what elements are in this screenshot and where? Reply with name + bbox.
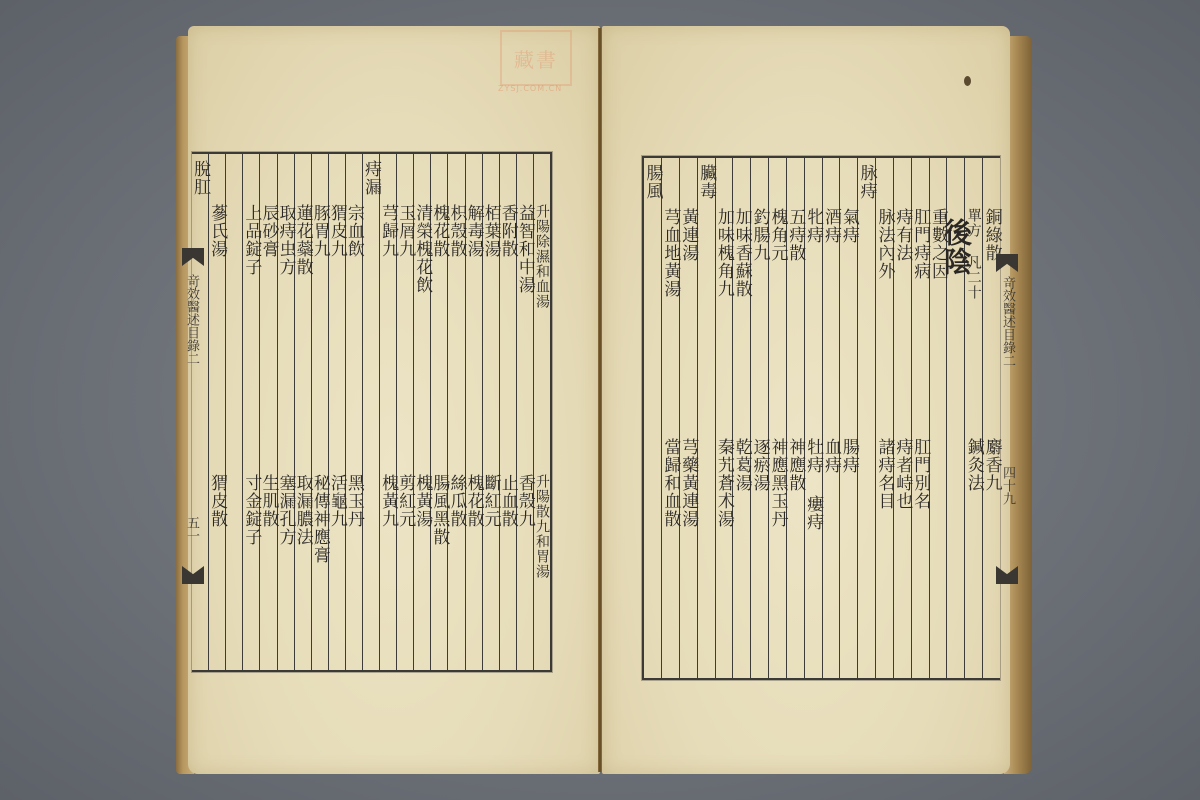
table-of-contents-entry: 猬皮散 <box>207 474 227 528</box>
table-of-contents-entry: 乾葛湯 <box>732 438 752 492</box>
text-column: 枳殼散絲瓜散 <box>447 154 464 670</box>
text-column: 脫肛 <box>192 154 208 670</box>
text-column: 豚胃九秘傳神應膏 <box>311 154 328 670</box>
text-column: 氣痔腸痔 <box>839 158 857 678</box>
right-page-text-frame: 銅綠散麝香九單方 凡二十鍼灸法後陰重數之因肛門痔病肛門別名痔有法痔者峙也脉法內外… <box>642 156 1000 680</box>
table-of-contents-entry: 蔘氏湯 <box>207 204 227 258</box>
left-page: 升陽除濕和血湯升陽散九和胃湯益智和中湯香殼九香附散止血散栢葉湯斷紅元解毒湯槐花散… <box>188 26 600 774</box>
text-column: 栢葉湯斷紅元 <box>482 154 499 670</box>
watermark-seal-stamp: 藏書 <box>500 30 572 86</box>
table-of-contents-entry: 氣痔 <box>839 208 859 244</box>
text-column: 玉屑九剪紅元 <box>396 154 413 670</box>
table-of-contents-entry: 玉屑九 <box>395 204 415 258</box>
table-of-contents-entry: 脫肛 <box>190 160 210 196</box>
table-of-contents-entry: 加味槐角九 <box>714 208 734 298</box>
table-of-contents-entry: 升陽散九和胃湯 <box>534 474 550 579</box>
table-of-contents-entry: 酒痔 <box>821 208 841 244</box>
table-of-contents-entry: 腸風 <box>643 164 663 200</box>
text-column: 脉痔 <box>857 158 875 678</box>
text-column: 脉法內外諸痔名目 <box>875 158 893 678</box>
table-of-contents-entry: 生肌散 <box>258 474 278 528</box>
table-of-contents-entry: 腸痔 <box>839 438 859 474</box>
text-column: 加味槐角九秦艽蒼术湯 <box>715 158 733 678</box>
text-column: 痔漏 <box>362 154 379 670</box>
table-of-contents-entry: 血痔 <box>821 438 841 474</box>
table-of-contents-entry: 枳殼散 <box>446 204 466 258</box>
table-of-contents-entry: 痔漏 <box>361 160 381 196</box>
text-column: 香附散止血散 <box>499 154 516 670</box>
text-column: 猬皮九活龜九 <box>328 154 345 670</box>
text-column: 蓮花蘂散取漏膿法 <box>294 154 311 670</box>
table-of-contents-entry: 牡痔 瘻痔 <box>803 438 823 531</box>
text-column <box>225 154 242 670</box>
table-of-contents-entry: 芎血地黃湯 <box>660 208 680 298</box>
table-of-contents-entry: 槐角元 <box>767 208 787 262</box>
table-of-contents-entry: 絲瓜散 <box>446 474 466 528</box>
table-of-contents-entry: 辰砂膏 <box>258 204 278 258</box>
text-column: 加味香蘇散乾葛湯 <box>732 158 750 678</box>
right-page: 銅綠散麝香九單方 凡二十鍼灸法後陰重數之因肛門痔病肛門別名痔有法痔者峙也脉法內外… <box>602 26 1010 774</box>
table-of-contents-entry: 塞漏孔方 <box>276 474 296 546</box>
text-column: 酒痔血痔 <box>822 158 840 678</box>
text-column: 辰砂膏生肌散 <box>259 154 276 670</box>
text-column: 蔘氏湯猬皮散 <box>208 154 225 670</box>
text-column: 肛門痔病肛門別名 <box>911 158 929 678</box>
left-margin-title: 竒效醫述目錄二 <box>182 274 201 365</box>
text-column: 五痔散神應散 <box>786 158 804 678</box>
text-column: 釣腸九逐瘀湯 <box>750 158 768 678</box>
table-of-contents-entry: 重數之因 <box>928 208 948 280</box>
table-of-contents-entry: 槐黃湯 <box>412 474 432 528</box>
right-page-number: 四十九 <box>998 466 1017 505</box>
table-of-contents-entry: 槐黃九 <box>378 474 398 528</box>
left-page-text-frame: 升陽除濕和血湯升陽散九和胃湯益智和中湯香殼九香附散止血散栢葉湯斷紅元解毒湯槐花散… <box>192 152 552 672</box>
table-of-contents-entry: 五痔散 <box>785 208 805 262</box>
text-column: 槐花散腸風黑散 <box>430 154 447 670</box>
table-of-contents-entry: 牝痔 <box>803 208 823 244</box>
text-column: 益智和中湯香殼九 <box>516 154 533 670</box>
table-of-contents-entry: 槐花散 <box>464 474 484 528</box>
table-of-contents-entry: 釣腸九 <box>750 208 770 262</box>
text-column: 臟毒 <box>697 158 715 678</box>
table-of-contents-entry: 脉痔 <box>857 164 877 200</box>
table-of-contents-entry: 肛門痔病 <box>910 208 930 280</box>
table-of-contents-entry: 芎藥黃連湯 <box>678 438 698 528</box>
table-of-contents-entry: 逐瘀湯 <box>750 438 770 492</box>
text-column: 黃連湯芎藥黃連湯 <box>679 158 697 678</box>
table-of-contents-entry: 神應散 <box>785 438 805 492</box>
text-column: 上品錠子寸金錠子 <box>242 154 259 670</box>
text-column: 銅綠散麝香九 <box>982 158 1000 678</box>
table-of-contents-entry: 槐花散 <box>429 204 449 258</box>
text-column: 重數之因 <box>929 158 947 678</box>
text-column: 痔有法痔者峙也 <box>893 158 911 678</box>
table-of-contents-entry: 當歸和血散 <box>660 438 680 528</box>
text-column: 取痔虫方塞漏孔方 <box>277 154 294 670</box>
text-column: 芎歸九槐黃九 <box>379 154 396 670</box>
text-column: 宗血飲黑玉丹 <box>345 154 362 670</box>
table-of-contents-entry: 脉法內外 <box>875 208 895 280</box>
open-book: 升陽除濕和血湯升陽散九和胃湯益智和中湯香殼九香附散止血散栢葉湯斷紅元解毒湯槐花散… <box>0 0 1200 800</box>
table-of-contents-entry: 神應黑玉丹 <box>767 438 787 528</box>
table-of-contents-entry: 臟毒 <box>696 164 716 200</box>
text-column: 後陰 <box>946 158 964 678</box>
fish-tail-ornament-icon <box>996 254 1018 272</box>
right-margin-title: 竒效醫述目錄二 <box>998 276 1017 367</box>
table-of-contents-entry: 肛門別名 <box>910 438 930 510</box>
table-of-contents-entry: 加味香蘇散 <box>732 208 752 298</box>
text-column: 解毒湯槐花散 <box>465 154 482 670</box>
table-of-contents-entry: 鍼灸法 <box>964 438 984 492</box>
table-of-contents-entry: 諸痔名目 <box>875 438 895 510</box>
table-of-contents-entry: 芎歸九 <box>378 204 398 258</box>
table-of-contents-entry: 寸金錠子 <box>241 474 261 546</box>
table-of-contents-entry: 上品錠子 <box>241 204 261 276</box>
text-column: 清榮槐花飲槐黃湯 <box>413 154 430 670</box>
table-of-contents-entry: 銅綠散 <box>982 208 1002 262</box>
text-column: 牝痔牡痔 瘻痔 <box>804 158 822 678</box>
text-column: 槐角元神應黑玉丹 <box>768 158 786 678</box>
table-of-contents-entry: 解毒湯 <box>464 204 484 258</box>
table-of-contents-entry: 秦艽蒼术湯 <box>714 438 734 528</box>
table-of-contents-entry: 痔者峙也 <box>892 438 912 510</box>
watermark-seal-caption: ZYSJ.COM.CN <box>498 84 562 93</box>
table-of-contents-entry: 黃連湯 <box>678 208 698 262</box>
text-column: 腸風 <box>644 158 661 678</box>
table-of-contents-entry: 升陽除濕和血湯 <box>534 204 550 309</box>
ink-blot-mark <box>964 76 971 86</box>
table-of-contents-entry: 取痔虫方 <box>276 204 296 276</box>
table-of-contents-entry: 清榮槐花飲 <box>412 204 432 294</box>
text-column: 芎血地黃湯當歸和血散 <box>661 158 679 678</box>
fish-tail-ornament-icon <box>996 566 1018 584</box>
right-page-columns: 銅綠散麝香九單方 凡二十鍼灸法後陰重數之因肛門痔病肛門別名痔有法痔者峙也脉法內外… <box>644 158 1000 678</box>
table-of-contents-entry: 痔有法 <box>892 208 912 262</box>
table-of-contents-entry: 腸風黑散 <box>429 474 449 546</box>
table-of-contents-entry: 剪紅元 <box>395 474 415 528</box>
text-column: 升陽除濕和血湯升陽散九和胃湯 <box>533 154 550 670</box>
left-page-number: 五一 <box>182 516 201 542</box>
left-page-columns: 升陽除濕和血湯升陽散九和胃湯益智和中湯香殼九香附散止血散栢葉湯斷紅元解毒湯槐花散… <box>192 154 550 670</box>
